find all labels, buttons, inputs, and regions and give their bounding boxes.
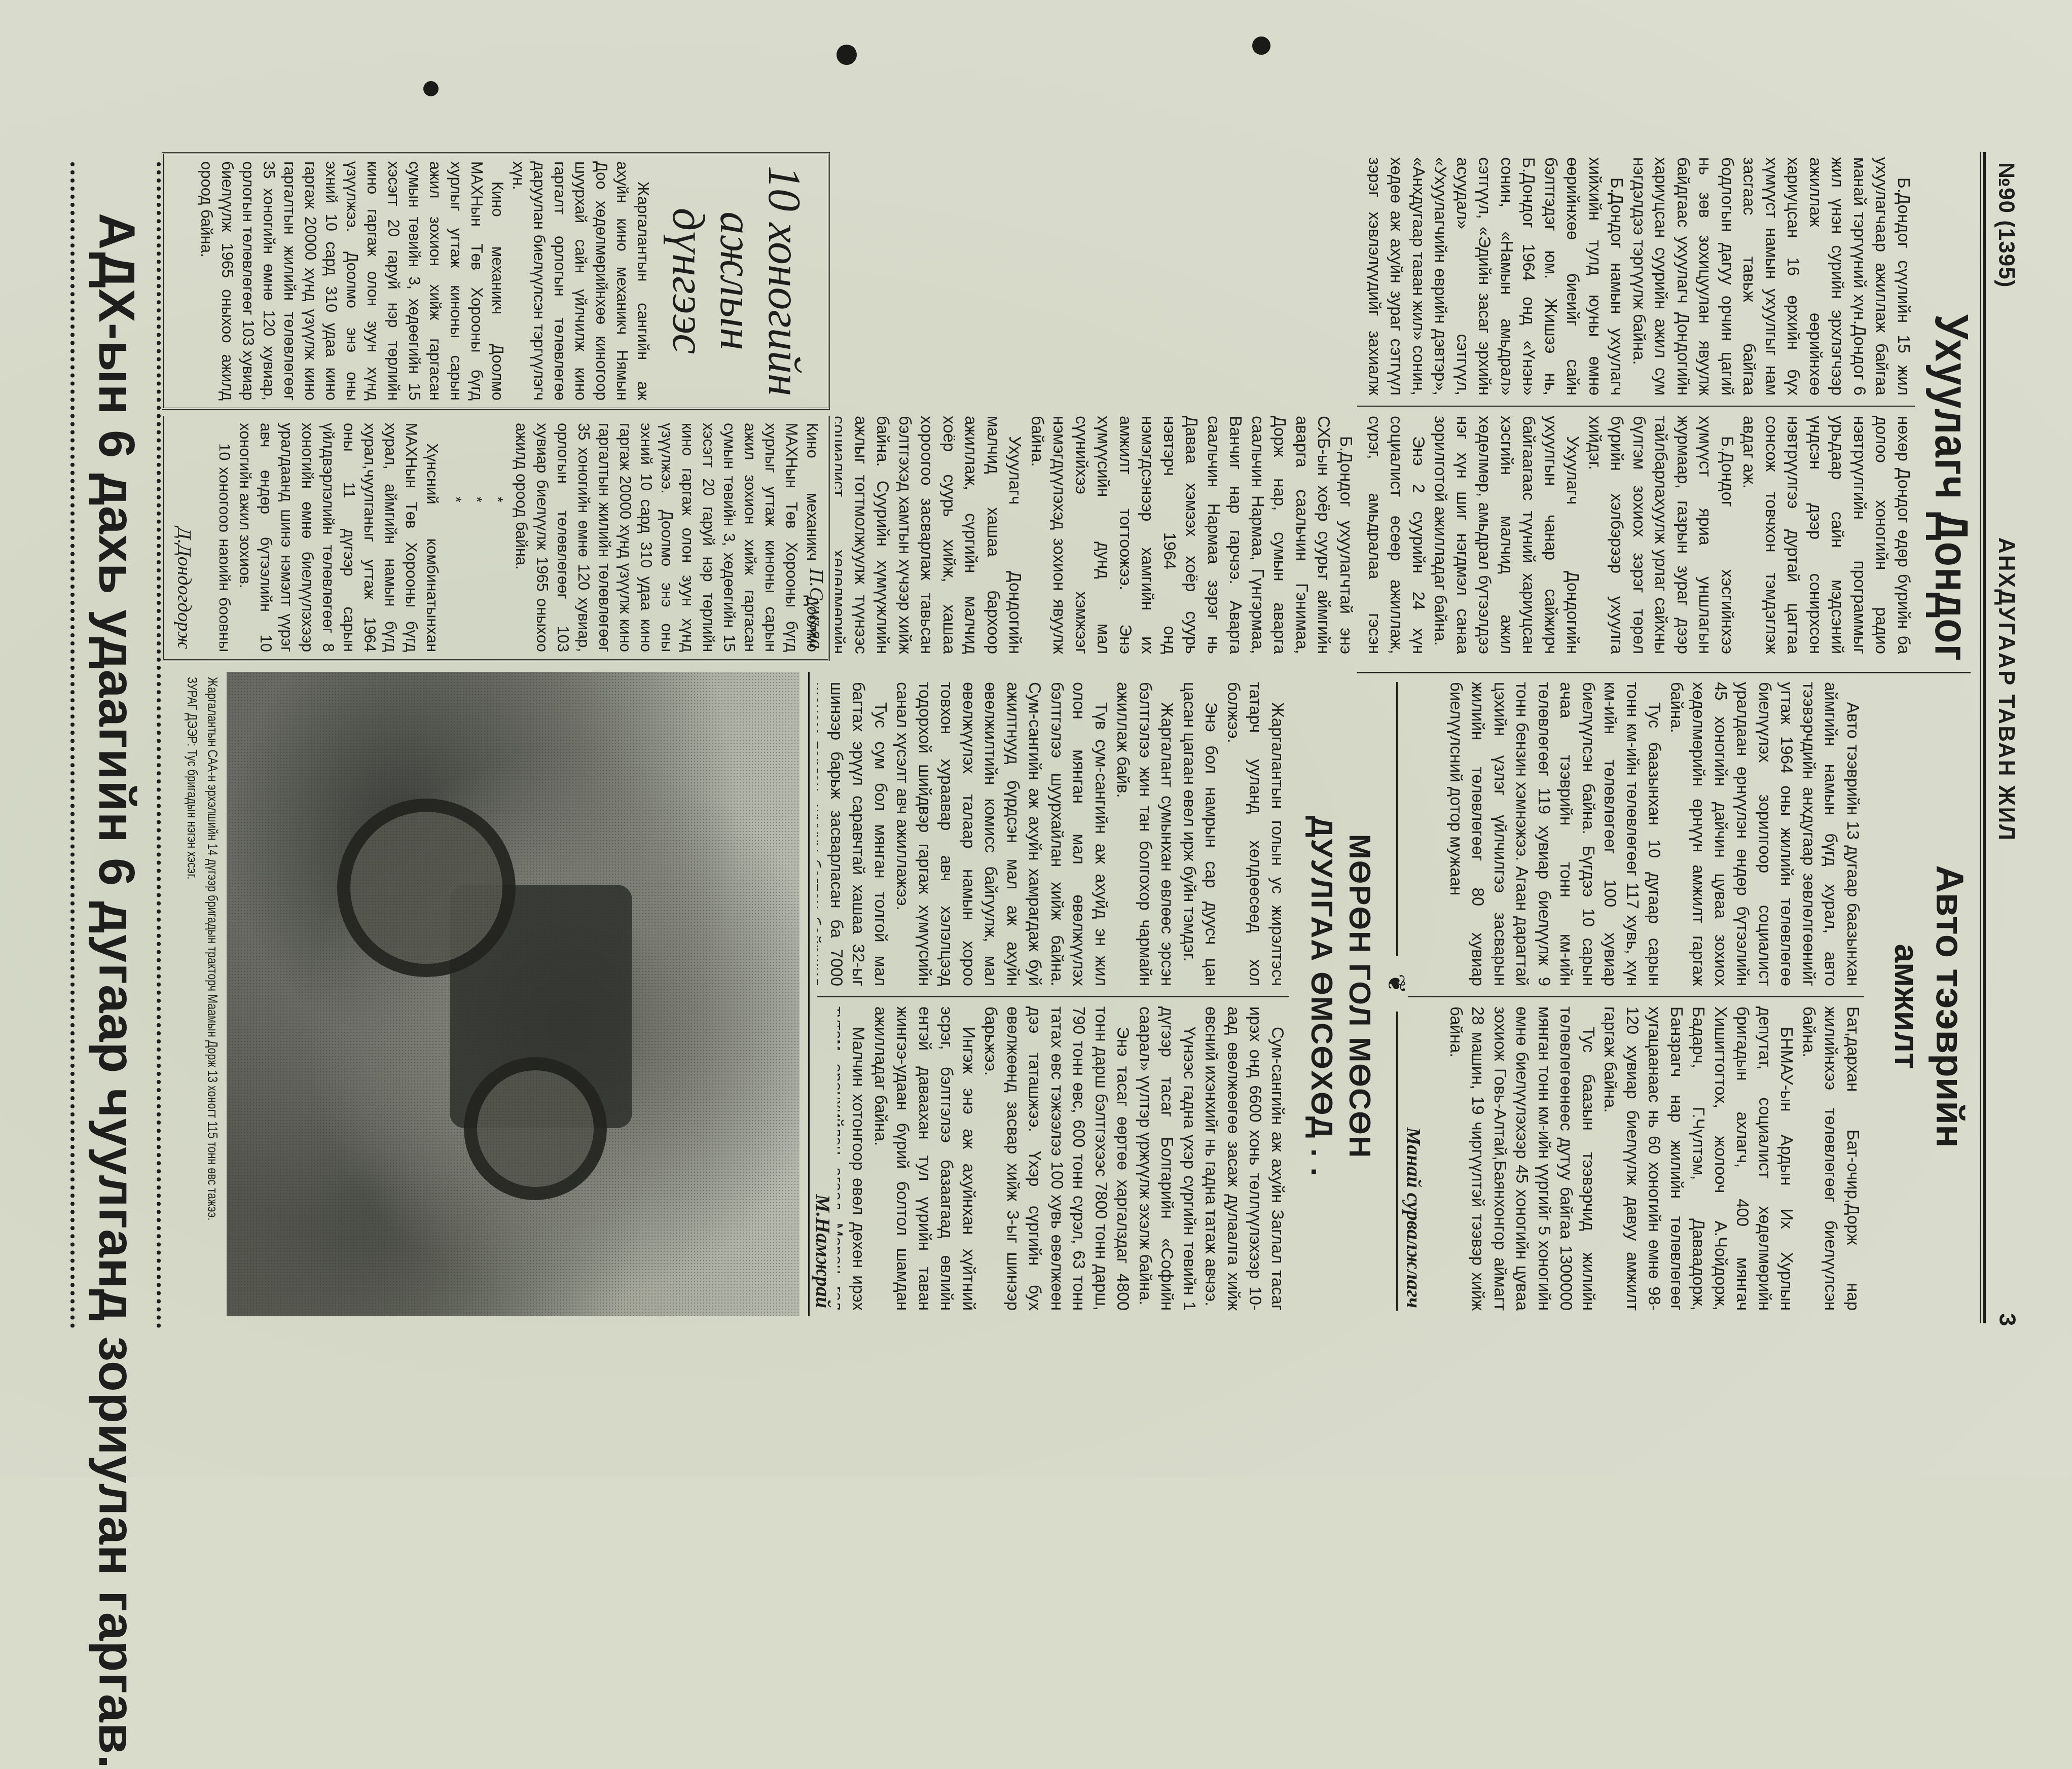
paragraph: Хүнсний комбинатынхан МАХНын Төв Хорооны…	[235, 423, 443, 652]
dondog-column-1: Б.Дондог сүүлийн 15 жил ухуулагчаар ажил…	[1367, 157, 1915, 395]
ten-day-results-box: 10 хоногийн ажлын дүнгээс Жаргалантын са…	[162, 152, 830, 410]
paragraph: Сум-сангийн аж ахуйн Заглал тасаг ирэх о…	[1201, 1006, 1289, 1311]
column-divider	[817, 996, 1289, 997]
box-body: Жаргалантын сангийн аж ахуйн кино механи…	[147, 154, 664, 408]
paragraph: 10 хоногоор нарийн боовны цех төлөвлөгөө…	[220, 423, 235, 652]
issue-number: №90 (1395)	[1993, 162, 2019, 287]
paragraph: Үүнээс гадна үхэр сүргийн төвийн 1 дүгээ…	[1135, 1006, 1201, 1311]
masthead-rule	[1983, 152, 1986, 1323]
paragraph: Тус баазынхан 10 дугаар сарын тонн км-ий…	[1445, 682, 1666, 986]
page-number: 3	[1994, 1313, 2021, 1326]
box-title-line1: 10 хоногийн	[760, 154, 808, 408]
paragraph: Жаргалант сумынхан өвлөөс эрсэн бэлтгэлэ…	[1112, 682, 1179, 986]
photo-caption-line1: Жаргалантын САА-н эрхэлшийн 14 дүгээр бр…	[203, 677, 222, 1220]
paragraph: Энэ бол намрын сар дуусч цан цасан цагаа…	[1179, 682, 1223, 986]
banner-top-border	[150, 162, 161, 1328]
banner-bottom-border	[63, 162, 75, 1328]
scanned-page-background: №90 (1395) АНХДУГААР ТАВАН ЖИЛ 3 Ухуулаг…	[0, 0, 2072, 1477]
headline-avto-line1: Авто тээврийн	[1928, 695, 1971, 1318]
paragraph: Бат,дархан Бат-очир,Дорж нар жилийнхээ т…	[1798, 1006, 1865, 1311]
ornament-icon: ❦	[1384, 958, 1408, 1009]
photo-caption-line2: ЗУРАГ ДЭЭР: Тус бригадын нэгэн хэсэг.	[183, 677, 201, 879]
tractor-wheel	[337, 799, 516, 977]
paragraph: Жаргалантын сангийн аж ахуйн кино механи…	[508, 161, 654, 401]
column-divider	[1357, 406, 1915, 407]
paragraph: Ингэж энэ аж ахуйнхан хүйтний эсрэг, бэл…	[870, 1006, 980, 1311]
headline-moron-line2: ДУУЛГАА ӨМСӨХӨД . .	[1304, 682, 1339, 1311]
paragraph: Авто тээврийн 13 дугаар баазынхан аймгий…	[1666, 682, 1865, 986]
section-divider	[808, 672, 810, 1316]
newspaper-page: №90 (1395) АНХДУГААР ТАВАН ЖИЛ 3 Ухуулаг…	[0, 0, 2072, 1477]
section-divider	[1396, 1012, 1398, 1311]
headline-dondog: Ухуулагч Дондог	[1926, 314, 1976, 662]
paragraph: Түв сум-сангийн аж ахуйд эн жил олон мян…	[892, 682, 1112, 986]
column-divider	[1408, 996, 1864, 997]
paragraph: Б.Дондог сүүлийн 15 жил ухуулагчаар ажил…	[1628, 157, 1915, 395]
paragraph: Ухуулагч Дондогийн малчид хашаа бархоор …	[835, 416, 1027, 654]
banner-headline: АДХ-ын 6 дахь удаагийн 6 дугаар чуулганд…	[87, 213, 146, 1477]
box-title-line2: ажлын дүнгээс	[664, 154, 760, 408]
tractor-wheel	[464, 1057, 607, 1200]
paragraph: Кино механикч Доолмо МАХНын Төв Хорооны …	[197, 161, 508, 401]
paragraph: Б.Дондог намын ухуулагч хийхийн тулд юун…	[1367, 157, 1628, 395]
tractor-photo	[227, 672, 799, 1316]
column-divider	[1357, 672, 1971, 673]
dondog-column-2: нөхөр Дондог өдөр бүрийн ба долоо хоноги…	[1367, 416, 1915, 654]
moron-column-2: Сум-сангийн аж ахуйн Заглал тасаг ирэх о…	[838, 1006, 1289, 1311]
headline-moron-line1: МӨРӨН ГОЛ МӨСӨН	[1342, 682, 1377, 1311]
tractor-silhouette	[450, 885, 632, 1128]
byline-moron: М.Намжрай	[811, 1115, 835, 1308]
paragraph: Ухуулагч Дондогийн ухуулгын чанар сайжир…	[1430, 416, 1584, 654]
box-body-continued: Кино механикч Доолмо МАХНын Төв Хорооны …	[220, 416, 828, 659]
paragraph: Жаргалантын голын ус жирэлтэсч татарч уу…	[1223, 682, 1289, 986]
paragraph: Тус сум бол мянган толгой мал багтах эрү…	[817, 682, 892, 986]
masthead-rule-thin	[1980, 152, 1981, 1323]
paragraph: Тус баазын тээвэрчид жилийн төлөвлөгөөнө…	[1445, 1006, 1600, 1311]
paragraph: Энэ тасаг өөртөө харгалздаг 4800 тонн да…	[980, 1006, 1135, 1311]
moron-column-1: Жаргалантын голын ус жирэлтэсч татарч уу…	[817, 682, 1289, 986]
section-divider	[1396, 682, 1398, 956]
avto-column-2: Бат,дархан Бат-очир,Дорж нар жилийнхээ т…	[1423, 1006, 1864, 1311]
paragraph: Энэ 2 суурийн 24 хүн социалист өсөөр ажи…	[1367, 416, 1430, 654]
paragraph: БНМАУ-ын Ардын Их Хурлын депутат, социал…	[1600, 1006, 1798, 1311]
paragraph: Б.Дондог хэсгийнхээ хүмүүст яриа уншлагы…	[1584, 416, 1739, 654]
dondog-column-3: Б.Дондог ухуулагчтай энэ СХБ-ын хоёр суу…	[835, 416, 1357, 654]
avto-column-1: Авто тээврийн 13 дугаар баазынхан аймгий…	[1408, 682, 1864, 986]
byline-box: Д.Дондогдорж	[173, 466, 195, 649]
paragraph: Б.Дондог ухуулагчтай энэ СХБ-ын хоёр суу…	[1027, 416, 1358, 654]
stars-separator: * * *	[446, 423, 508, 652]
masthead-title: АНХДУГААР ТАВАН ЖИЛ	[1993, 537, 2019, 842]
paragraph: нөхөр Дондог өдөр бүрийн ба долоо хоноги…	[1738, 416, 1915, 654]
ten-day-results-box-continued: Кино механикч Доолмо МАХНын Төв Хорооны …	[162, 416, 830, 661]
byline-avto: Манай сурвалжлагч	[1402, 1044, 1426, 1308]
headline-avto-line2: амжилт	[1888, 695, 1925, 1318]
paragraph: Малчин хотонгоор өвөл дөхөн ирэх тутам е…	[838, 1006, 870, 1311]
paragraph: Кино механикч Доолмо МАХНын Төв Хорооны …	[511, 423, 823, 652]
